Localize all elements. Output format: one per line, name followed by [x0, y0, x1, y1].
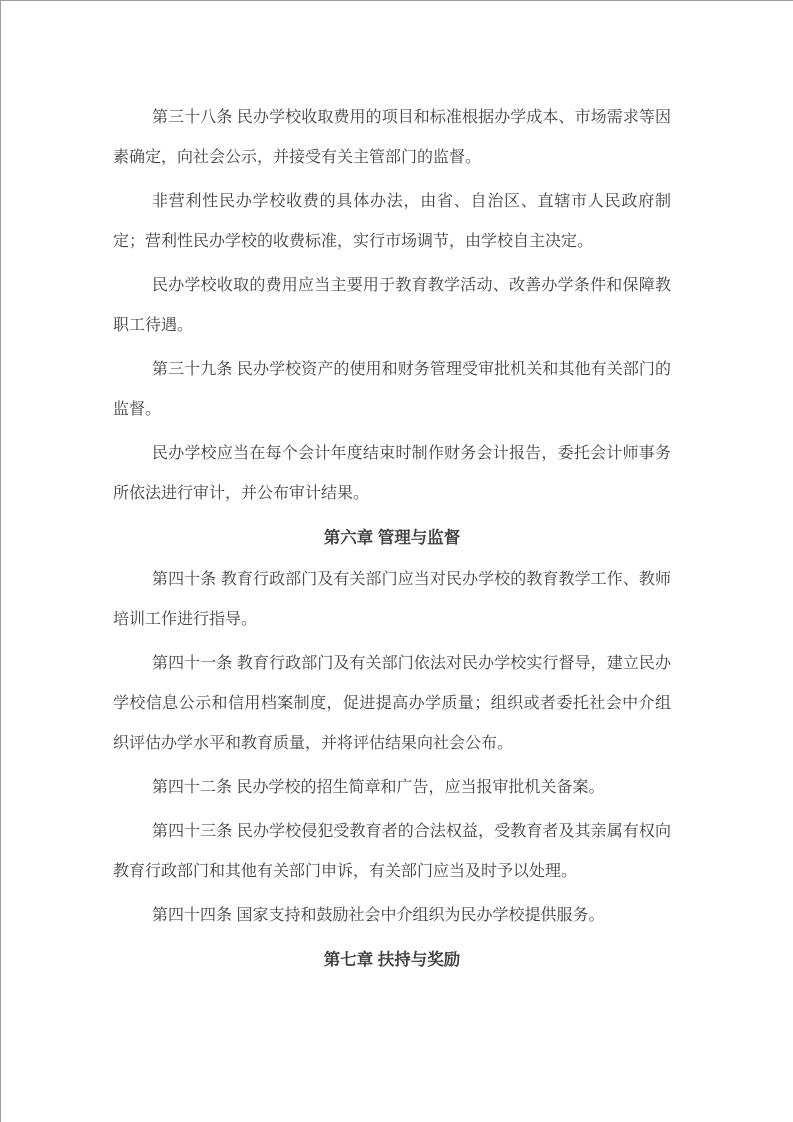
article-40-para: 第四十条 教育行政部门及有关部门应当对民办学校的教育教学工作、教师培训工作进行指…	[113, 560, 671, 640]
article-38-para: 第三十八条 民办学校收取费用的项目和标准根据办学成本、市场需求等因素确定，向社会…	[113, 98, 671, 178]
chapter-7-heading: 第七章 扶持与奖励	[113, 940, 671, 980]
article-42-para: 第四十二条 民办学校的招生简章和广告，应当报审批机关备案。	[113, 768, 671, 808]
chapter-6-heading: 第六章 管理与监督	[113, 518, 671, 558]
article-39-para: 第三十九条 民办学校资产的使用和财务管理受审批机关和其他有关部门的监督。	[113, 350, 671, 430]
article-43-para: 第四十三条 民办学校侵犯受教育者的合法权益，受教育者及其亲属有权向教育行政部门和…	[113, 812, 671, 892]
article-38-fee-usage-para: 民办学校收取的费用应当主要用于教育教学活动、改善办学条件和保障教职工待遇。	[113, 266, 671, 346]
article-41-para: 第四十一条 教育行政部门及有关部门依法对民办学校实行督导，建立民办学校信息公示和…	[113, 644, 671, 764]
document-body: 第三十八条 民办学校收取费用的项目和标准根据办学成本、市场需求等因素确定，向社会…	[113, 98, 671, 982]
article-39-audit-para: 民办学校应当在每个会计年度结束时制作财务会计报告，委托会计师事务所依法进行审计，…	[113, 434, 671, 514]
document-page: 第三十八条 民办学校收取费用的项目和标准根据办学成本、市场需求等因素确定，向社会…	[0, 0, 793, 1122]
article-44-para: 第四十四条 国家支持和鼓励社会中介组织为民办学校提供服务。	[113, 896, 671, 936]
article-38-fee-measures-para: 非营利性民办学校收费的具体办法，由省、自治区、直辖市人民政府制定；营利性民办学校…	[113, 182, 671, 262]
